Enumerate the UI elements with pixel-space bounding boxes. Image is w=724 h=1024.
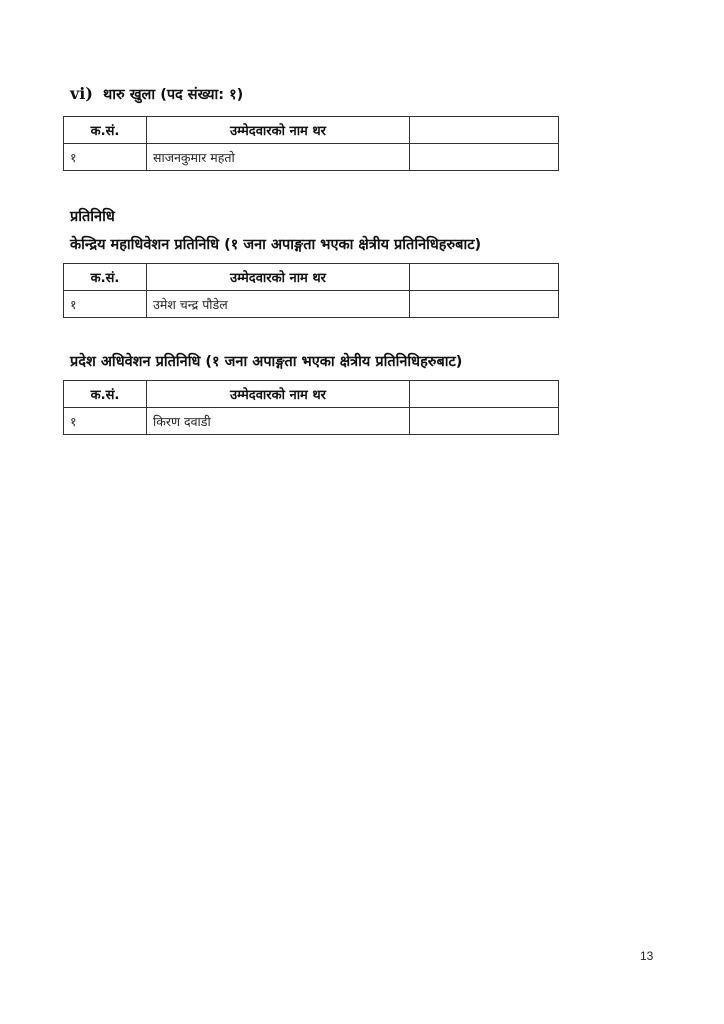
section-heading-central-convention: केन्द्रिय महाधिवेशन प्रतिनिधि (१ जना अपा…	[70, 234, 481, 254]
header-empty	[410, 117, 559, 144]
header-candidate-name: उम्मेदवारको नाम थर	[147, 264, 410, 291]
page-number: 13	[640, 949, 653, 963]
section-heading-provincial-convention: प्रदेश अधिवेशन प्रतिनिधि (१ जना अपाङ्गता…	[70, 351, 462, 371]
table-row: १ साजनकुमार महतो	[64, 144, 559, 171]
header-serial-number: क.सं.	[64, 117, 147, 144]
header-serial-number: क.सं.	[64, 264, 147, 291]
table-header-row: क.सं. उम्मेदवारको नाम थर	[64, 381, 559, 408]
cell-serial-number: १	[64, 144, 147, 171]
header-candidate-name: उम्मेदवारको नाम थर	[147, 117, 410, 144]
table-row: १ उमेश चन्द्र पौडेल	[64, 291, 559, 318]
section-title: थारु खुला (पद संख्या: १)	[103, 87, 243, 103]
cell-empty	[410, 291, 559, 318]
cell-candidate-name: उमेश चन्द्र पौडेल	[147, 291, 410, 318]
cell-empty	[410, 408, 559, 435]
cell-empty	[410, 144, 559, 171]
candidate-table-central-convention: क.सं. उम्मेदवारको नाम थर १ उमेश चन्द्र प…	[63, 263, 559, 318]
table-header-row: क.सं. उम्मेदवारको नाम थर	[64, 264, 559, 291]
section-heading-tharu-open: vi)थारु खुला (पद संख्या: १)	[70, 84, 243, 104]
table-header-row: क.सं. उम्मेदवारको नाम थर	[64, 117, 559, 144]
section-number: vi)	[70, 84, 93, 103]
cell-serial-number: १	[64, 291, 147, 318]
table-row: १ किरण दवाडी	[64, 408, 559, 435]
header-empty	[410, 381, 559, 408]
cell-candidate-name: किरण दवाडी	[147, 408, 410, 435]
header-candidate-name: उम्मेदवारको नाम थर	[147, 381, 410, 408]
group-heading-representative: प्रतिनिधि	[70, 206, 115, 226]
candidate-table-provincial-convention: क.सं. उम्मेदवारको नाम थर १ किरण दवाडी	[63, 380, 559, 435]
header-serial-number: क.सं.	[64, 381, 147, 408]
cell-candidate-name: साजनकुमार महतो	[147, 144, 410, 171]
candidate-table-tharu-open: क.सं. उम्मेदवारको नाम थर १ साजनकुमार महत…	[63, 116, 559, 171]
cell-serial-number: १	[64, 408, 147, 435]
header-empty	[410, 264, 559, 291]
